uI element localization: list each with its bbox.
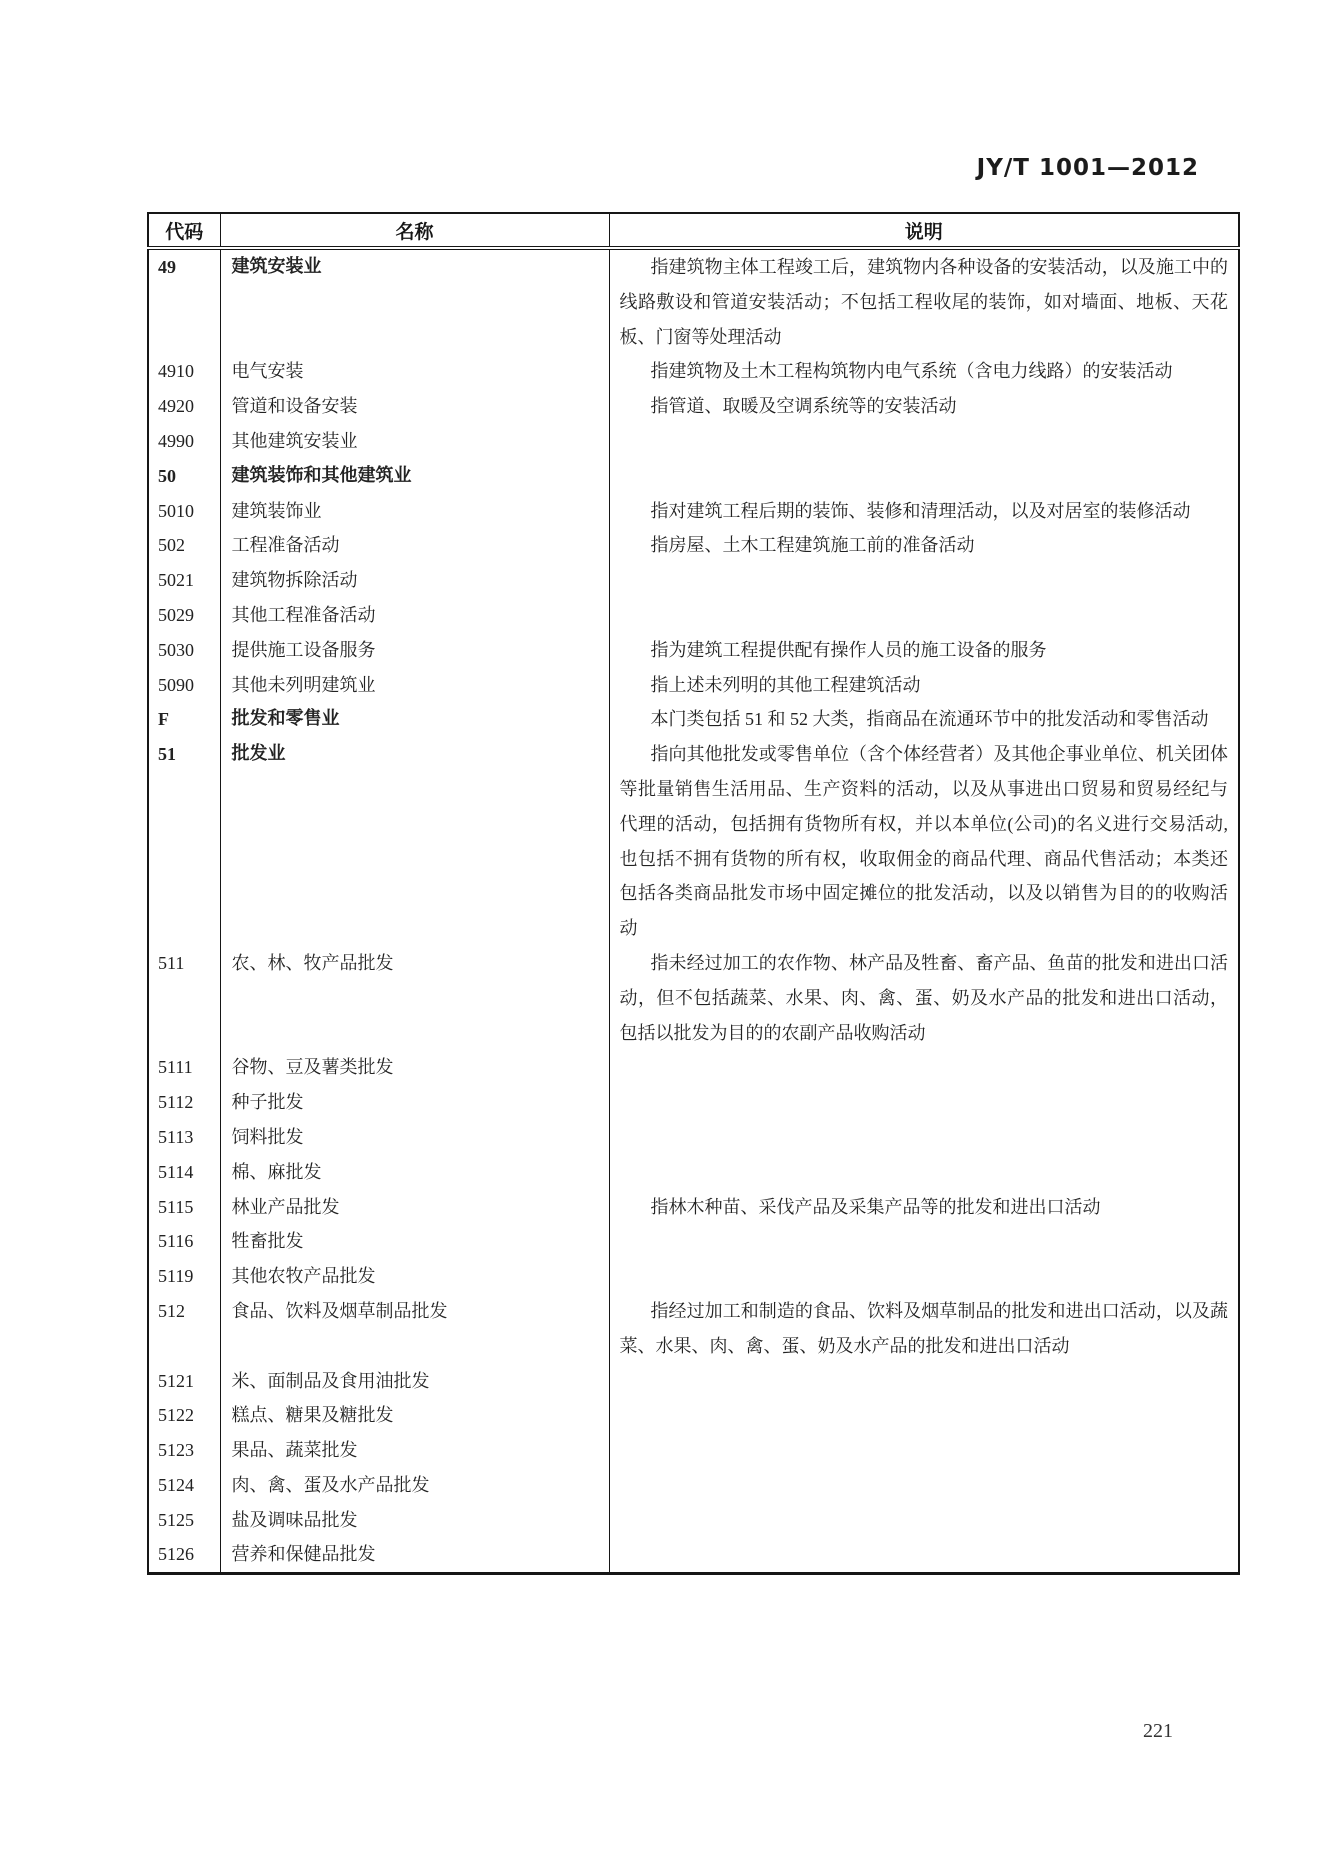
table-row: 4990 其他建筑安装业: [148, 424, 1239, 459]
table-row: 5116 牲畜批发: [148, 1224, 1239, 1259]
table-row: 502 工程准备活动 指房屋、土木工程建筑施工前的准备活动: [148, 528, 1239, 563]
table-row: 4910 电气安装 指建筑物及土木工程构筑物内电气系统（含电力线路）的安装活动: [148, 354, 1239, 389]
row-name: 其他农牧产品批发: [220, 1259, 609, 1294]
table-header: 代码 名称 说明: [148, 213, 1239, 248]
row-description: [609, 598, 1239, 633]
row-description: 指林木种苗、采伐产品及采集产品等的批发和进出口活动: [609, 1190, 1239, 1225]
row-name: 电气安装: [220, 354, 609, 389]
header-name: 名称: [220, 213, 609, 248]
row-code: 5010: [148, 494, 220, 529]
row-name: 批发业: [220, 737, 609, 946]
row-code: 5114: [148, 1155, 220, 1190]
row-description: 指向其他批发或零售单位（含个体经营者）及其他企事业单位、机关团体等批量销售生活用…: [609, 737, 1239, 946]
document-page: JY/T 1001—2012 代码 名称 说明 49 建筑安装业 指建筑物主体工…: [0, 0, 1323, 1871]
row-name: 棉、麻批发: [220, 1155, 609, 1190]
row-description: 指房屋、土木工程建筑施工前的准备活动: [609, 528, 1239, 563]
table-row: 49 建筑安装业 指建筑物主体工程竣工后，建筑物内各种设备的安装活动，以及施工中…: [148, 248, 1239, 354]
row-code: 5125: [148, 1503, 220, 1538]
row-description: [609, 1537, 1239, 1573]
row-name: 果品、蔬菜批发: [220, 1433, 609, 1468]
row-code: 4920: [148, 389, 220, 424]
row-description: 指对建筑工程后期的装饰、装修和清理活动，以及对居室的装修活动: [609, 494, 1239, 529]
table-row: 511 农、林、牧产品批发 指未经过加工的农作物、林产品及牲畜、畜产品、鱼苗的批…: [148, 946, 1239, 1050]
row-code: 51: [148, 737, 220, 946]
table-row: 5090 其他未列明建筑业 指上述未列明的其他工程建筑活动: [148, 668, 1239, 703]
row-name: 盐及调味品批发: [220, 1503, 609, 1538]
row-name: 种子批发: [220, 1085, 609, 1120]
table-row: 5021 建筑物拆除活动: [148, 563, 1239, 598]
row-description: [609, 1364, 1239, 1399]
table-row: 5114 棉、麻批发: [148, 1155, 1239, 1190]
row-description: 指建筑物主体工程竣工后，建筑物内各种设备的安装活动，以及施工中的线路敷设和管道安…: [609, 248, 1239, 354]
table-row: 512 食品、饮料及烟草制品批发 指经过加工和制造的食品、饮料及烟草制品的批发和…: [148, 1294, 1239, 1364]
row-description: 指为建筑工程提供配有操作人员的施工设备的服务: [609, 633, 1239, 668]
row-description: [609, 1259, 1239, 1294]
row-name: 糕点、糖果及糖批发: [220, 1398, 609, 1433]
table-row: 5122 糕点、糖果及糖批发: [148, 1398, 1239, 1433]
table-row: 5119 其他农牧产品批发: [148, 1259, 1239, 1294]
row-description: [609, 424, 1239, 459]
row-code: F: [148, 702, 220, 737]
row-description: [609, 1085, 1239, 1120]
table-body: 49 建筑安装业 指建筑物主体工程竣工后，建筑物内各种设备的安装活动，以及施工中…: [148, 248, 1239, 1574]
standard-number: JY/T 1001—2012: [977, 155, 1199, 181]
row-description: [609, 563, 1239, 598]
page-number: 221: [1143, 1720, 1173, 1743]
row-name: 农、林、牧产品批发: [220, 946, 609, 1050]
row-description: [609, 459, 1239, 494]
row-description: [609, 1468, 1239, 1503]
table-row: 5115 林业产品批发 指林木种苗、采伐产品及采集产品等的批发和进出口活动: [148, 1190, 1239, 1225]
row-description: 指经过加工和制造的食品、饮料及烟草制品的批发和进出口活动，以及蔬菜、水果、肉、禽…: [609, 1294, 1239, 1364]
row-code: 5112: [148, 1085, 220, 1120]
row-code: 5021: [148, 563, 220, 598]
row-description: [609, 1120, 1239, 1155]
row-name: 建筑物拆除活动: [220, 563, 609, 598]
table-header-row: 代码 名称 说明: [148, 213, 1239, 248]
row-description: [609, 1050, 1239, 1085]
row-code: 4990: [148, 424, 220, 459]
table-row: 51 批发业 指向其他批发或零售单位（含个体经营者）及其他企事业单位、机关团体等…: [148, 737, 1239, 946]
row-code: 5124: [148, 1468, 220, 1503]
row-description: 本门类包括 51 和 52 大类，指商品在流通环节中的批发活动和零售活动: [609, 702, 1239, 737]
row-description: 指未经过加工的农作物、林产品及牲畜、畜产品、鱼苗的批发和进出口活动，但不包括蔬菜…: [609, 946, 1239, 1050]
table-row: 5126 营养和保健品批发: [148, 1537, 1239, 1573]
table-row: 5124 肉、禽、蛋及水产品批发: [148, 1468, 1239, 1503]
row-name: 食品、饮料及烟草制品批发: [220, 1294, 609, 1364]
table-row: 5112 种子批发: [148, 1085, 1239, 1120]
row-code: 4910: [148, 354, 220, 389]
row-code: 50: [148, 459, 220, 494]
row-code: 502: [148, 528, 220, 563]
table-row: F 批发和零售业 本门类包括 51 和 52 大类，指商品在流通环节中的批发活动…: [148, 702, 1239, 737]
row-description: 指上述未列明的其他工程建筑活动: [609, 668, 1239, 703]
table-row: 5121 米、面制品及食用油批发: [148, 1364, 1239, 1399]
row-code: 511: [148, 946, 220, 1050]
row-description: [609, 1398, 1239, 1433]
table-row: 4920 管道和设备安装 指管道、取暖及空调系统等的安装活动: [148, 389, 1239, 424]
row-description: [609, 1155, 1239, 1190]
row-code: 5029: [148, 598, 220, 633]
row-code: 5111: [148, 1050, 220, 1085]
table-row: 5111 谷物、豆及薯类批发: [148, 1050, 1239, 1085]
row-description: [609, 1224, 1239, 1259]
row-code: 5090: [148, 668, 220, 703]
row-name: 营养和保健品批发: [220, 1537, 609, 1573]
header-description: 说明: [609, 213, 1239, 248]
row-code: 49: [148, 248, 220, 354]
table-row: 5029 其他工程准备活动: [148, 598, 1239, 633]
row-name: 肉、禽、蛋及水产品批发: [220, 1468, 609, 1503]
row-code: 5113: [148, 1120, 220, 1155]
row-description: 指建筑物及土木工程构筑物内电气系统（含电力线路）的安装活动: [609, 354, 1239, 389]
row-code: 5121: [148, 1364, 220, 1399]
row-code: 5126: [148, 1537, 220, 1573]
row-name: 谷物、豆及薯类批发: [220, 1050, 609, 1085]
row-name: 米、面制品及食用油批发: [220, 1364, 609, 1399]
row-name: 林业产品批发: [220, 1190, 609, 1225]
row-code: 5119: [148, 1259, 220, 1294]
row-code: 5123: [148, 1433, 220, 1468]
table-row: 5125 盐及调味品批发: [148, 1503, 1239, 1538]
table-row: 50 建筑装饰和其他建筑业: [148, 459, 1239, 494]
row-name: 牲畜批发: [220, 1224, 609, 1259]
row-code: 512: [148, 1294, 220, 1364]
row-name: 管道和设备安装: [220, 389, 609, 424]
row-description: [609, 1433, 1239, 1468]
table-row: 5010 建筑装饰业 指对建筑工程后期的装饰、装修和清理活动，以及对居室的装修活…: [148, 494, 1239, 529]
row-description: 指管道、取暖及空调系统等的安装活动: [609, 389, 1239, 424]
row-name: 建筑安装业: [220, 248, 609, 354]
row-name: 提供施工设备服务: [220, 633, 609, 668]
header-code: 代码: [148, 213, 220, 248]
row-name: 建筑装饰业: [220, 494, 609, 529]
table-row: 5113 饲料批发: [148, 1120, 1239, 1155]
table-row: 5123 果品、蔬菜批发: [148, 1433, 1239, 1468]
row-description: [609, 1503, 1239, 1538]
classification-table: 代码 名称 说明 49 建筑安装业 指建筑物主体工程竣工后，建筑物内各种设备的安…: [147, 212, 1240, 1575]
row-code: 5116: [148, 1224, 220, 1259]
row-code: 5115: [148, 1190, 220, 1225]
row-code: 5030: [148, 633, 220, 668]
row-name: 建筑装饰和其他建筑业: [220, 459, 609, 494]
row-name: 其他建筑安装业: [220, 424, 609, 459]
row-name: 饲料批发: [220, 1120, 609, 1155]
table-row: 5030 提供施工设备服务 指为建筑工程提供配有操作人员的施工设备的服务: [148, 633, 1239, 668]
row-name: 工程准备活动: [220, 528, 609, 563]
row-name: 其他未列明建筑业: [220, 668, 609, 703]
row-name: 批发和零售业: [220, 702, 609, 737]
row-name: 其他工程准备活动: [220, 598, 609, 633]
row-code: 5122: [148, 1398, 220, 1433]
